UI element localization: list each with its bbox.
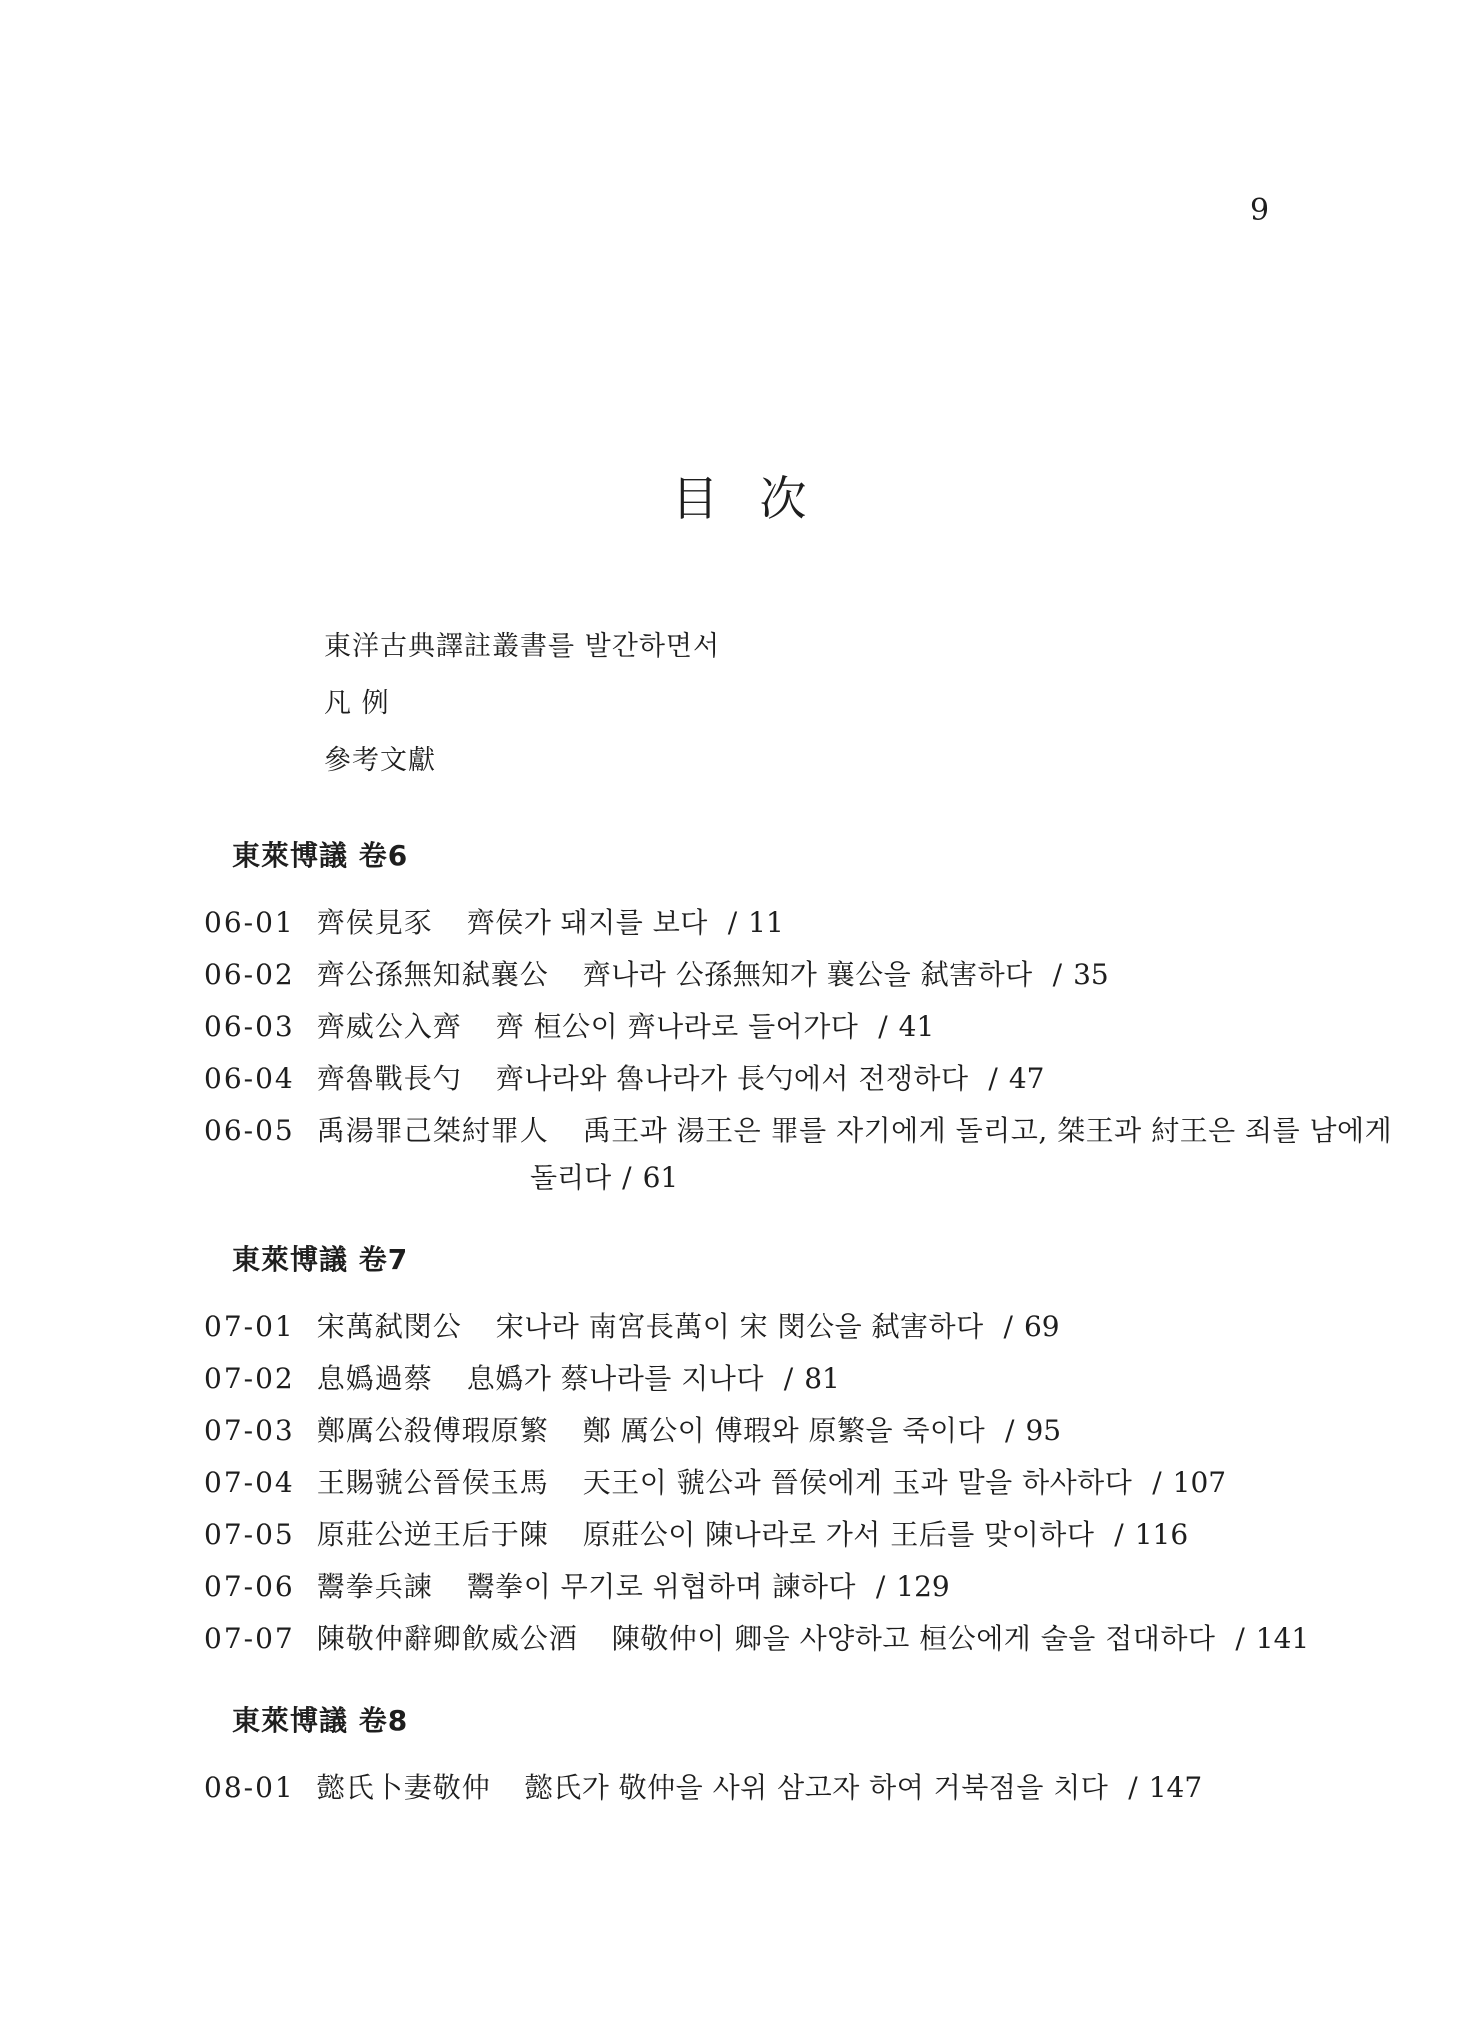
entry-separator: / xyxy=(1235,1622,1244,1655)
entry-page: 47 xyxy=(1009,1062,1045,1095)
section-entries: 06-01齊侯見豕齊侯가 돼지를 보다 /11 06-02齊公孫無知弑襄公齊나라… xyxy=(204,905,1384,1196)
toc-entry: 07-04王賜虢公晉侯玉馬天王이 虢公과 晉侯에게 玉과 말을 하사하다 /10… xyxy=(204,1465,1384,1501)
entry-page: 95 xyxy=(1025,1414,1061,1447)
front-matter-line: 凡 例 xyxy=(324,675,720,732)
entry-number: 06-04 xyxy=(204,1061,295,1097)
entry-page: 69 xyxy=(1024,1310,1060,1343)
toc-entry: 06-04齊魯戰長勺齊나라와 魯나라가 長勺에서 전쟁하다 /47 xyxy=(204,1061,1384,1097)
entry-line: 07-01宋萬弑閔公宋나라 南宮長萬이 宋 閔公을 弑害하다 /69 xyxy=(204,1309,1384,1345)
entry-hanja-title: 鄭厲公殺傅瑕原繁 xyxy=(317,1414,549,1447)
entry-line: 07-06鬻拳兵諫鬻拳이 무기로 위협하며 諫하다 /129 xyxy=(204,1569,1384,1605)
entry-korean-text: 鄭 厲公이 傅瑕와 原繁을 죽이다 xyxy=(583,1414,985,1447)
entry-korean-text: 齊나라와 魯나라가 長勺에서 전쟁하다 xyxy=(496,1062,969,1095)
entry-number: 07-05 xyxy=(204,1517,295,1553)
toc-section: 東萊博議 卷6 06-01齊侯見豕齊侯가 돼지를 보다 /11 06-02齊公孫… xyxy=(204,838,1384,1196)
toc-entry: 08-01懿氏卜妻敬仲懿氏가 敬仲을 사위 삼고자 하여 거북점을 치다 /14… xyxy=(204,1770,1384,1806)
entry-page: 61 xyxy=(643,1161,679,1194)
entry-separator: / xyxy=(988,1062,997,1095)
entry-line: 06-04齊魯戰長勺齊나라와 魯나라가 長勺에서 전쟁하다 /47 xyxy=(204,1061,1384,1097)
entry-page: 107 xyxy=(1173,1466,1226,1499)
section-entries: 07-01宋萬弑閔公宋나라 南宮長萬이 宋 閔公을 弑害하다 /69 07-02… xyxy=(204,1309,1384,1657)
document-title: 目 次 xyxy=(0,472,1480,528)
entry-number: 08-01 xyxy=(204,1770,295,1806)
entry-number: 06-05 xyxy=(204,1113,295,1149)
entry-hanja-title: 原莊公逆王后于陳 xyxy=(317,1518,549,1551)
entry-hanja-title: 鬻拳兵諫 xyxy=(317,1570,433,1603)
entry-korean-text: 鬻拳이 무기로 위협하며 諫하다 xyxy=(467,1570,856,1603)
entry-korean-text: 原莊公이 陳나라로 가서 王后를 맞이하다 xyxy=(583,1518,1095,1551)
entry-korean-text: 齊나라 公孫無知가 襄公을 弑害하다 xyxy=(583,958,1033,991)
entry-number: 07-07 xyxy=(204,1621,295,1657)
entry-hanja-title: 息嬀過蔡 xyxy=(317,1362,433,1395)
entry-line: 08-01懿氏卜妻敬仲懿氏가 敬仲을 사위 삼고자 하여 거북점을 치다 /14… xyxy=(204,1770,1384,1806)
entry-page: 129 xyxy=(896,1570,949,1603)
entry-line: 06-02齊公孫無知弑襄公齊나라 公孫無知가 襄公을 弑害하다 /35 xyxy=(204,957,1384,993)
entry-line: 06-05禹湯罪己桀紂罪人禹王과 湯王은 罪를 자기에게 돌리고, 桀王과 紂王… xyxy=(204,1113,1384,1149)
section-heading: 東萊博議 卷7 xyxy=(232,1242,1384,1278)
entry-page: 81 xyxy=(804,1362,840,1395)
front-matter-line: 東洋古典譯註叢書를 발간하면서 xyxy=(324,618,720,675)
entry-line: 06-03齊威公入齊齊 桓公이 齊나라로 들어가다 /41 xyxy=(204,1009,1384,1045)
entry-number: 06-01 xyxy=(204,905,295,941)
entry-line: 07-07陳敬仲辭卿飮威公酒陳敬仲이 卿을 사양하고 桓公에게 술을 접대하다 … xyxy=(204,1621,1384,1657)
toc-entry: 06-02齊公孫無知弑襄公齊나라 公孫無知가 襄公을 弑害하다 /35 xyxy=(204,957,1384,993)
entry-page: 35 xyxy=(1073,958,1109,991)
toc-entry: 07-06鬻拳兵諫鬻拳이 무기로 위협하며 諫하다 /129 xyxy=(204,1569,1384,1605)
entry-korean-text: 돌리다 xyxy=(530,1161,611,1194)
entry-hanja-title: 王賜虢公晉侯玉馬 xyxy=(317,1466,549,1499)
entry-line: 07-02息嬀過蔡息嬀가 蔡나라를 지나다 /81 xyxy=(204,1361,1384,1397)
entry-continuation-line: 돌리다/61 xyxy=(530,1160,1384,1196)
toc-section: 東萊博議 卷8 08-01懿氏卜妻敬仲懿氏가 敬仲을 사위 삼고자 하여 거북점… xyxy=(204,1703,1384,1806)
entry-hanja-title: 齊公孫無知弑襄公 xyxy=(317,958,549,991)
entry-separator: / xyxy=(784,1362,793,1395)
entry-line: 07-05原莊公逆王后于陳原莊公이 陳나라로 가서 王后를 맞이하다 /116 xyxy=(204,1517,1384,1553)
entry-hanja-title: 陳敬仲辭卿飮威公酒 xyxy=(317,1622,578,1655)
entry-separator: / xyxy=(878,1010,887,1043)
section-entries: 08-01懿氏卜妻敬仲懿氏가 敬仲을 사위 삼고자 하여 거북점을 치다 /14… xyxy=(204,1770,1384,1806)
entry-separator: / xyxy=(728,906,737,939)
toc-entry: 06-03齊威公入齊齊 桓公이 齊나라로 들어가다 /41 xyxy=(204,1009,1384,1045)
entry-korean-text: 息嬀가 蔡나라를 지나다 xyxy=(467,1362,764,1395)
toc-entry: 07-01宋萬弑閔公宋나라 南宮長萬이 宋 閔公을 弑害하다 /69 xyxy=(204,1309,1384,1345)
toc-entry: 07-03鄭厲公殺傅瑕原繁鄭 厲公이 傅瑕와 原繁을 죽이다 /95 xyxy=(204,1413,1384,1449)
entry-page: 11 xyxy=(748,906,784,939)
table-of-contents: 東萊博議 卷6 06-01齊侯見豕齊侯가 돼지를 보다 /11 06-02齊公孫… xyxy=(204,838,1384,1822)
entry-korean-text: 齊侯가 돼지를 보다 xyxy=(467,906,708,939)
entry-number: 06-03 xyxy=(204,1009,295,1045)
entry-number: 07-03 xyxy=(204,1413,295,1449)
toc-entry: 06-01齊侯見豕齊侯가 돼지를 보다 /11 xyxy=(204,905,1384,941)
entry-separator: / xyxy=(1114,1518,1123,1551)
entry-number: 06-02 xyxy=(204,957,295,993)
front-matter: 東洋古典譯註叢書를 발간하면서 凡 例 參考文獻 xyxy=(324,618,720,789)
entry-separator: / xyxy=(1005,1414,1014,1447)
entry-hanja-title: 齊魯戰長勺 xyxy=(317,1062,462,1095)
entry-separator: / xyxy=(876,1570,885,1603)
toc-entry: 07-07陳敬仲辭卿飮威公酒陳敬仲이 卿을 사양하고 桓公에게 술을 접대하다 … xyxy=(204,1621,1384,1657)
entry-hanja-title: 齊侯見豕 xyxy=(317,906,433,939)
entry-number: 07-04 xyxy=(204,1465,295,1501)
front-matter-line: 參考文獻 xyxy=(324,732,720,789)
entry-korean-text: 懿氏가 敬仲을 사위 삼고자 하여 거북점을 치다 xyxy=(525,1771,1109,1804)
entry-number: 07-06 xyxy=(204,1569,295,1605)
entry-hanja-title: 懿氏卜妻敬仲 xyxy=(317,1771,491,1804)
toc-section: 東萊博議 卷7 07-01宋萬弑閔公宋나라 南宮長萬이 宋 閔公을 弑害하다 /… xyxy=(204,1242,1384,1657)
entry-separator: / xyxy=(622,1161,631,1194)
entry-number: 07-01 xyxy=(204,1309,295,1345)
entry-hanja-title: 禹湯罪己桀紂罪人 xyxy=(317,1114,549,1147)
entry-separator: / xyxy=(1152,1466,1161,1499)
entry-number: 07-02 xyxy=(204,1361,295,1397)
entry-separator: / xyxy=(1004,1310,1013,1343)
entry-page: 147 xyxy=(1149,1771,1202,1804)
section-heading: 東萊博議 卷6 xyxy=(232,838,1384,874)
toc-entry: 07-05原莊公逆王后于陳原莊公이 陳나라로 가서 王后를 맞이하다 /116 xyxy=(204,1517,1384,1553)
entry-korean-text: 陳敬仲이 卿을 사양하고 桓公에게 술을 접대하다 xyxy=(612,1622,1216,1655)
entry-hanja-title: 齊威公入齊 xyxy=(317,1010,462,1043)
entry-korean-text: 天王이 虢公과 晉侯에게 玉과 말을 하사하다 xyxy=(583,1466,1133,1499)
entry-separator: / xyxy=(1128,1771,1137,1804)
entry-korean-text: 宋나라 南宮長萬이 宋 閔公을 弑害하다 xyxy=(496,1310,984,1343)
entry-line: 07-04王賜虢公晉侯玉馬天王이 虢公과 晉侯에게 玉과 말을 하사하다 /10… xyxy=(204,1465,1384,1501)
toc-entry: 06-05禹湯罪己桀紂罪人禹王과 湯王은 罪를 자기에게 돌리고, 桀王과 紂王… xyxy=(204,1113,1384,1196)
entry-line: 07-03鄭厲公殺傅瑕原繁鄭 厲公이 傅瑕와 原繁을 죽이다 /95 xyxy=(204,1413,1384,1449)
page-number: 9 xyxy=(1250,196,1269,226)
entry-hanja-title: 宋萬弑閔公 xyxy=(317,1310,462,1343)
entry-line: 06-01齊侯見豕齊侯가 돼지를 보다 /11 xyxy=(204,905,1384,941)
entry-page: 41 xyxy=(899,1010,935,1043)
entry-korean-text: 禹王과 湯王은 罪를 자기에게 돌리고, 桀王과 紂王은 죄를 남에게 xyxy=(583,1114,1392,1147)
entry-korean-text: 齊 桓公이 齊나라로 들어가다 xyxy=(496,1010,859,1043)
section-heading: 東萊博議 卷8 xyxy=(232,1703,1384,1739)
entry-page: 116 xyxy=(1135,1518,1188,1551)
entry-separator: / xyxy=(1053,958,1062,991)
entry-page: 141 xyxy=(1256,1622,1309,1655)
toc-entry: 07-02息嬀過蔡息嬀가 蔡나라를 지나다 /81 xyxy=(204,1361,1384,1397)
